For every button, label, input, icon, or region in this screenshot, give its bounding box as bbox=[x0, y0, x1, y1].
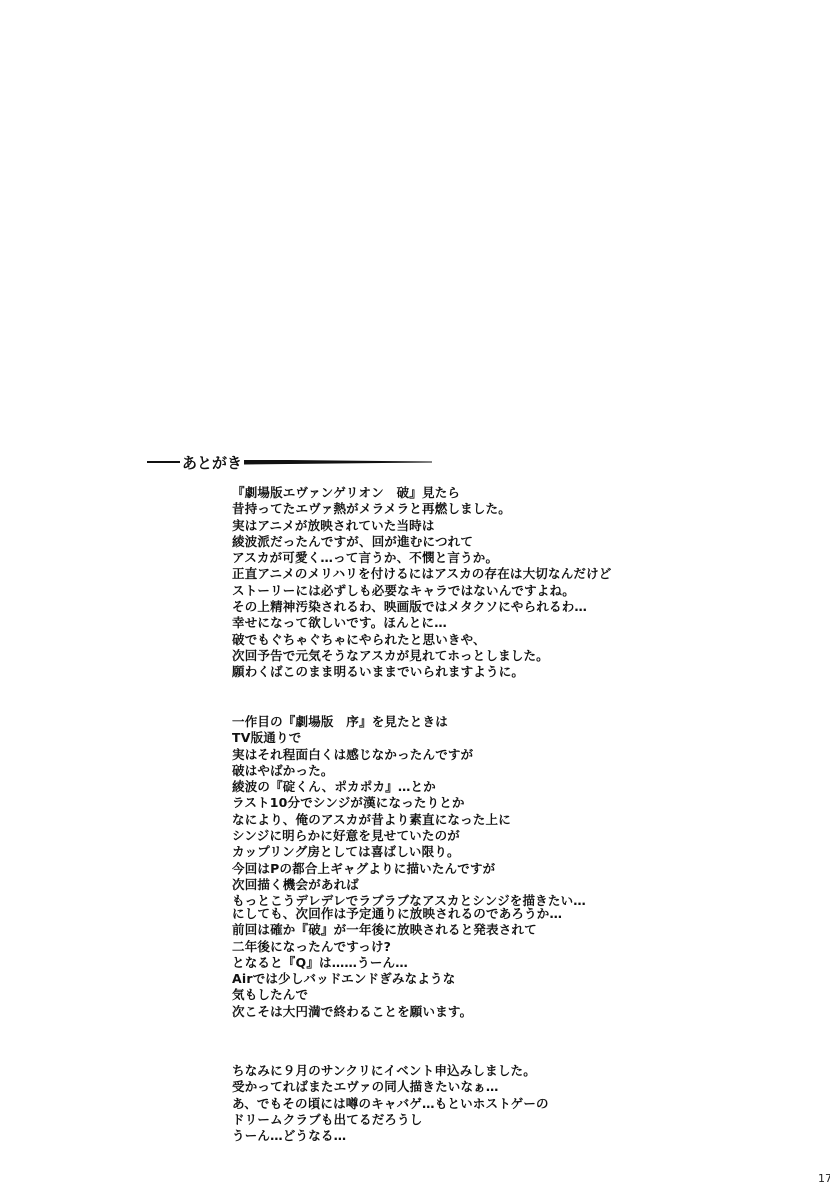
text-line: 綾波の『碇くん、ポカポカ』…とか bbox=[232, 779, 586, 795]
text-line: その上精神汚染されるわ、映画版ではメタクソにやられるわ… bbox=[232, 599, 612, 615]
paragraph-4: ちなみに９月のサンクリにイベント申込みしました。 受かってればまたエヴァの同人描… bbox=[232, 1063, 549, 1144]
text-line: 一作目の『劇場版 序』を見たときは bbox=[232, 714, 586, 730]
heading-rule-left bbox=[147, 461, 180, 463]
text-line: 前回は確か『破』が一年後に放映されると発表されて bbox=[232, 922, 562, 938]
text-line: 正直アニメのメリハリを付けるにはアスカの存在は大切なんだけど bbox=[232, 566, 612, 582]
text-line: ちなみに９月のサンクリにイベント申込みしました。 bbox=[232, 1063, 549, 1079]
text-line: シンジに明らかに好意を見せていたのが bbox=[232, 828, 586, 844]
page-number: 17 bbox=[818, 1172, 830, 1185]
text-line: 気もしたんで bbox=[232, 987, 562, 1003]
text-line: にしても、次回作は予定通りに放映されるのであろうか… bbox=[232, 906, 562, 922]
text-line: となると『Q』は……うーん… bbox=[232, 955, 562, 971]
text-line: 実はそれ程面白くは感じなかったんですが bbox=[232, 747, 586, 763]
section-heading: あとがき bbox=[147, 450, 432, 474]
text-line: 次こそは大円満で終わることを願います。 bbox=[232, 1004, 562, 1020]
text-line: 実はアニメが放映されていた当時は bbox=[232, 518, 612, 534]
text-line: Airでは少しバッドエンドぎみなような bbox=[232, 971, 562, 987]
text-line: ドリームクラブも出てるだろうし bbox=[232, 1112, 549, 1128]
text-line: 二年後になったんですっけ? bbox=[232, 939, 562, 955]
text-line: 願わくばこのまま明るいままでいられますように。 bbox=[232, 664, 612, 680]
text-line: 受かってればまたエヴァの同人描きたいなぁ… bbox=[232, 1079, 549, 1095]
paragraph-3: にしても、次回作は予定通りに放映されるのであろうか… 前回は確か『破』が一年後に… bbox=[232, 906, 562, 1020]
text-line: ストーリーには必ずしも必要なキャラではないんですよね。 bbox=[232, 583, 612, 599]
text-line: 破でもぐちゃぐちゃにやられたと思いきや、 bbox=[232, 632, 612, 648]
text-line: なにより、俺のアスカが昔より素直になった上に bbox=[232, 812, 586, 828]
text-line: 綾波派だったんですが、回が進むにつれて bbox=[232, 534, 612, 550]
text-line: 『劇場版エヴァンゲリオン 破』見たら bbox=[232, 485, 612, 501]
text-line: 昔持ってたエヴァ熱がメラメラと再燃しました。 bbox=[232, 501, 612, 517]
heading-title: あとがき bbox=[182, 452, 242, 473]
text-line: 破はやばかった。 bbox=[232, 763, 586, 779]
paragraph-2: 一作目の『劇場版 序』を見たときは TV版通りで 実はそれ程面白くは感じなかった… bbox=[232, 714, 586, 910]
text-line: 次回予告で元気そうなアスカが見れてホっとしました。 bbox=[232, 648, 612, 664]
text-line: 今回はPの都合上ギャグよりに描いたんですが bbox=[232, 861, 586, 877]
text-line: TV版通りで bbox=[232, 730, 586, 746]
text-line: アスカが可愛く…って言うか、不憫と言うか。 bbox=[232, 550, 612, 566]
text-line: あ、でもその頃には噂のキャバゲ…もといホストゲーの bbox=[232, 1096, 549, 1112]
text-line: 幸せになって欲しいです。ほんとに… bbox=[232, 615, 612, 631]
heading-rule-right bbox=[244, 460, 432, 465]
paragraph-1: 『劇場版エヴァンゲリオン 破』見たら 昔持ってたエヴァ熱がメラメラと再燃しました… bbox=[232, 485, 612, 681]
text-line: ラスト10分でシンジが漢になったりとか bbox=[232, 795, 586, 811]
text-line: うーん…どうなる… bbox=[232, 1128, 549, 1144]
text-line: カップリング房としては喜ばしい限り。 bbox=[232, 844, 586, 860]
text-line: 次回描く機会があれば bbox=[232, 877, 586, 893]
